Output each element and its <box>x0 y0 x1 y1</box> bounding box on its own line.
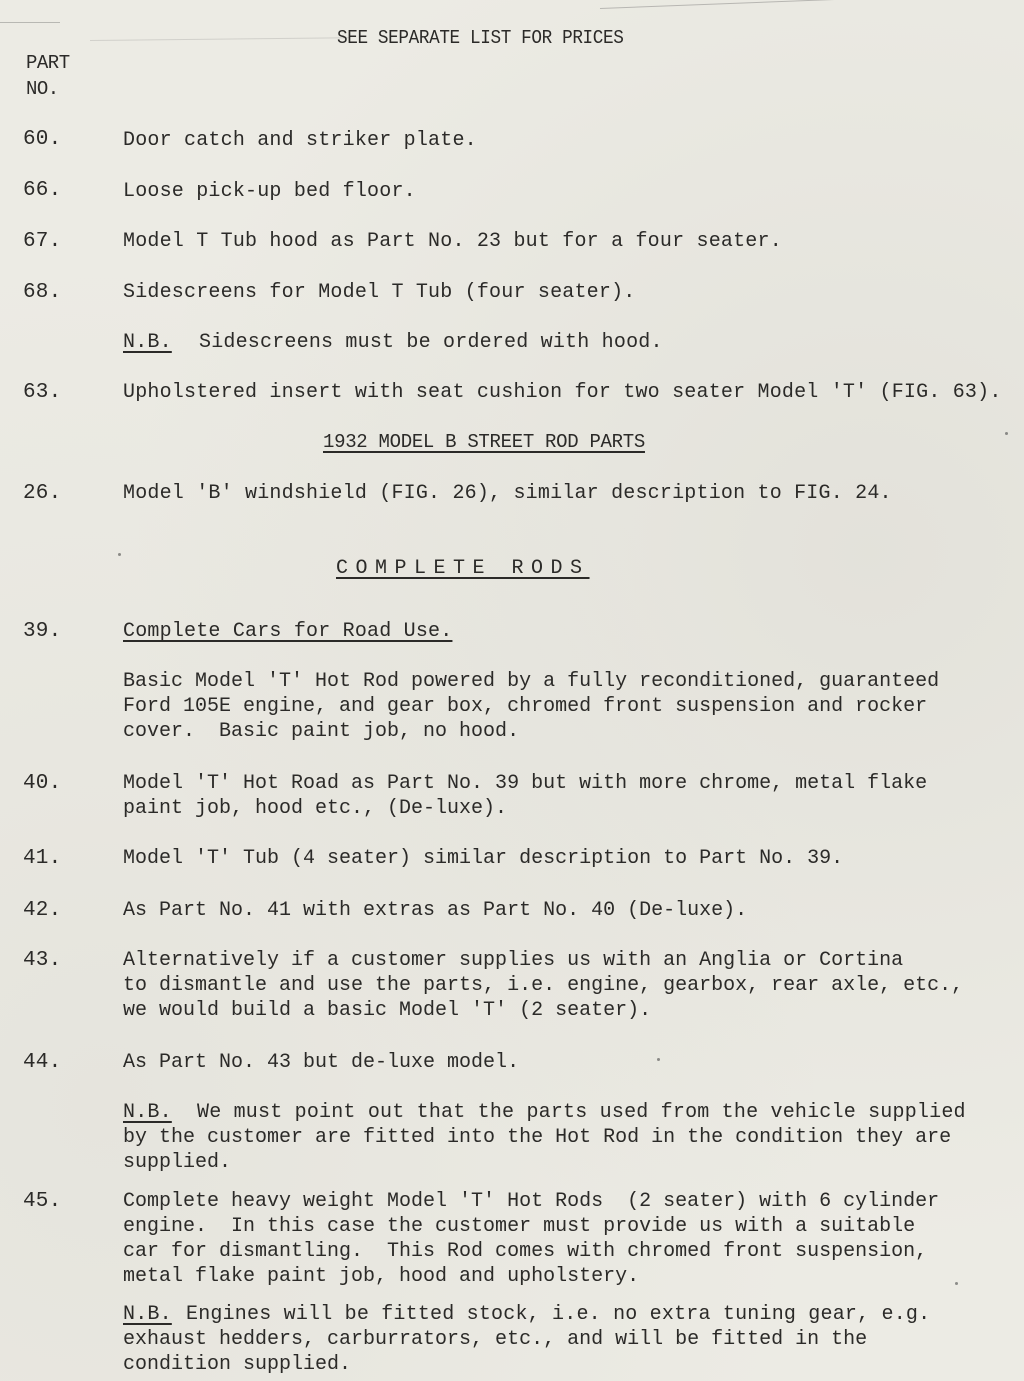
part-number: 40. <box>23 771 61 796</box>
note-text: Sidescreens must be ordered with hood. <box>199 330 663 355</box>
part-description-line: car for dismantling. This Rod comes with… <box>123 1239 927 1264</box>
part-description-line: we would build a basic Model 'T' (2 seat… <box>123 998 651 1023</box>
part-description-line: Model 'T' Hot Road as Part No. 39 but wi… <box>123 771 927 796</box>
part-description-line: paint job, hood etc., (De-luxe). <box>123 796 507 821</box>
section-title-complete-rods: COMPLETE RODS <box>336 556 590 581</box>
part-number: 43. <box>23 948 61 973</box>
note-label: N.B. <box>123 330 172 355</box>
part-description-line: Basic Model 'T' Hot Rod powered by a ful… <box>123 669 939 694</box>
part-number: 39. <box>23 619 61 644</box>
part-description: Model T Tub hood as Part No. 23 but for … <box>123 229 782 254</box>
part-description: Upholstered insert with seat cushion for… <box>123 380 1002 405</box>
note-label: N.B. <box>123 1302 172 1327</box>
column-heading-no: NO. <box>26 77 59 102</box>
note-label: N.B. <box>123 1100 172 1125</box>
paper-speck <box>118 553 121 556</box>
note-text: condition supplied. <box>123 1352 351 1377</box>
part-description-line: metal flake paint job, hood and upholste… <box>123 1264 639 1289</box>
part-number: 26. <box>23 481 61 506</box>
part-description: Sidescreens for Model T Tub (four seater… <box>123 280 635 305</box>
column-heading-part: PART <box>26 51 70 76</box>
part-number: 42. <box>23 898 61 923</box>
page-header: SEE SEPARATE LIST FOR PRICES <box>337 26 623 51</box>
part-number: 60. <box>23 127 61 152</box>
part-number: 67. <box>23 229 61 254</box>
paper-speck <box>1005 432 1008 435</box>
part-description: Door catch and striker plate. <box>123 128 477 153</box>
part-description-line: engine. In this case the customer must p… <box>123 1214 915 1239</box>
part-description-line: Complete heavy weight Model 'T' Hot Rods… <box>123 1189 939 1214</box>
part-number: 66. <box>23 178 61 203</box>
part-description-line: to dismantle and use the parts, i.e. eng… <box>123 973 963 998</box>
part-description: Loose pick-up bed floor. <box>123 179 416 204</box>
note-text: by the customer are fitted into the Hot … <box>123 1125 951 1150</box>
part-description-line: Alternatively if a customer supplies us … <box>123 948 903 973</box>
part-number: 44. <box>23 1050 61 1075</box>
part-number: 63. <box>23 380 61 405</box>
fold-mark <box>0 22 60 23</box>
note-text: Engines will be fitted stock, i.e. no ex… <box>186 1302 930 1327</box>
part-number: 41. <box>23 846 61 871</box>
section-title-model-b: 1932 MODEL B STREET ROD PARTS <box>323 430 645 455</box>
note-text: supplied. <box>123 1150 231 1175</box>
paper-speck <box>657 1058 660 1061</box>
part-description: Model 'B' windshield (FIG. 26), similar … <box>123 481 892 506</box>
part-number: 68. <box>23 280 61 305</box>
part-description-line: As Part No. 41 with extras as Part No. 4… <box>123 898 747 923</box>
part-description-line: Model 'T' Tub (4 seater) similar descrip… <box>123 846 843 871</box>
item-heading: Complete Cars for Road Use. <box>123 619 452 644</box>
part-description-line: As Part No. 43 but de-luxe model. <box>123 1050 519 1075</box>
part-description-line: Ford 105E engine, and gear box, chromed … <box>123 694 927 719</box>
part-number: 45. <box>23 1189 61 1214</box>
note-text: exhaust hedders, carburrators, etc., and… <box>123 1327 867 1352</box>
note-text: We must point out that the parts used fr… <box>197 1100 966 1125</box>
paper-speck <box>955 1282 958 1285</box>
part-description-line: cover. Basic paint job, no hood. <box>123 719 519 744</box>
